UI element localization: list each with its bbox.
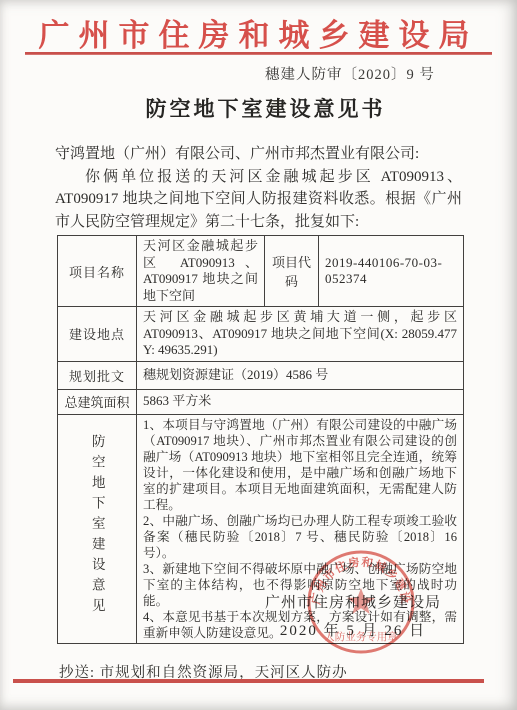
table-row: 总建筑面积 5863 平方米: [58, 389, 464, 414]
project-code-label: 项目代码: [265, 236, 319, 307]
letterhead-divider: [25, 52, 492, 55]
table-row: 建设地点 天河区金融城起步区黄埔大道一侧，起步区 AT090913、AT0909…: [58, 307, 464, 362]
official-seal: 广州市住房和城乡建设局 人防业务专用章: [304, 548, 418, 658]
area-value: 5863 平方米: [137, 389, 464, 414]
planning-label: 规划批文: [58, 361, 137, 389]
table-row: 规划批文 穗规划资源建证（2019）4586 号: [58, 361, 464, 389]
opinion-label: 防空地下室建设意见: [58, 414, 137, 643]
salutation-line: 守鸿置地（广州）有限公司、广州市邦杰置业有限公司:: [55, 143, 462, 166]
letter-body: 守鸿置地（广州）有限公司、广州市邦杰置业有限公司: 你俩单位报送的天河区金融城起…: [55, 143, 462, 233]
opinion-item-1: 1、本项目与守鸿置地（广州）有限公司建设的中融广场（AT090917 地块）、广…: [143, 417, 457, 513]
area-label: 总建筑面积: [58, 389, 137, 414]
project-name-value: 天河区金融城起步区 AT090913、AT090917 地块之间地下空间: [137, 236, 265, 307]
agency-letterhead: 广州市住房和城乡建设局: [0, 10, 517, 55]
location-value: 天河区金融城起步区黄埔大道一侧，起步区 AT090913、AT090917 地块…: [137, 307, 464, 362]
table-row: 项目名称 天河区金融城起步区 AT090913、AT090917 地块之间地下空…: [58, 236, 464, 307]
document-number: 穗建人防审〔2020〕9 号: [265, 63, 435, 84]
planning-value: 穗规划资源建证（2019）4586 号: [137, 361, 464, 389]
document-page: 广州市住房和城乡建设局 穗建人防审〔2020〕9 号 防空地下室建设意见书 守鸿…: [0, 0, 517, 710]
location-label: 建设地点: [58, 307, 137, 362]
project-code-value: 2019-440106-70-03-052374: [319, 236, 464, 307]
footer-divider: [13, 679, 484, 683]
seal-banner-text: 人防业务专用章: [324, 630, 398, 643]
document-title: 防空地下室建设意见书: [0, 93, 517, 123]
intro-paragraph: 你俩单位报送的天河区金融城起步区 AT090913、AT090917 地块之间地…: [55, 166, 462, 234]
seal-star-icon: [347, 588, 375, 614]
project-name-label: 项目名称: [58, 236, 137, 307]
